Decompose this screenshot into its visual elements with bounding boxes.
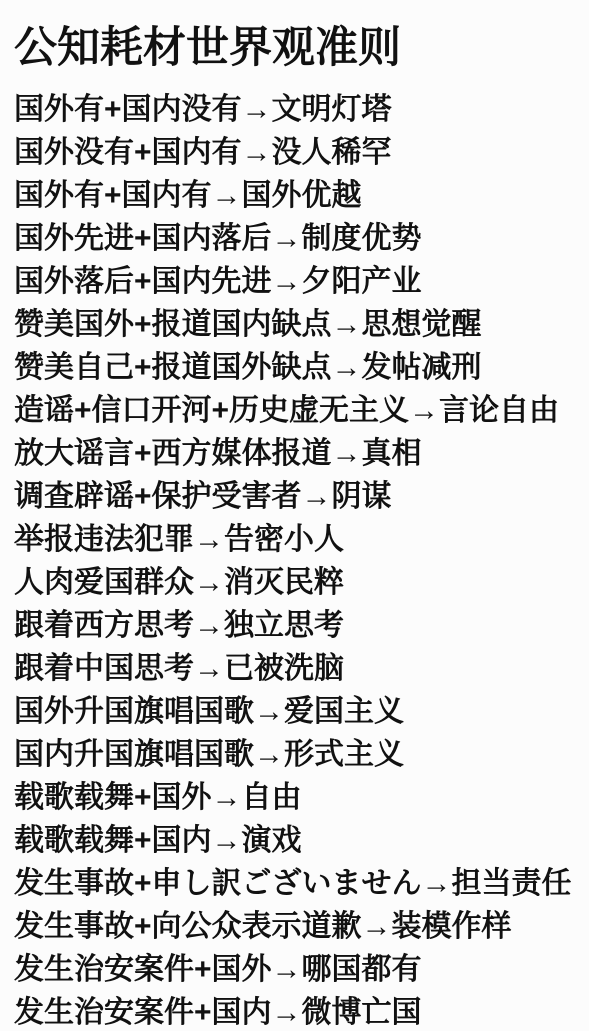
rule-line: 举报违法犯罪→告密小人 xyxy=(14,518,581,561)
rule-line: 国外有+国内有→国外优越 xyxy=(14,174,581,217)
rule-line: 赞美自己+报道国外缺点→发帖减刑 xyxy=(14,346,581,389)
rule-line: 载歌载舞+国内→演戏 xyxy=(14,819,581,862)
rule-line: 国外先进+国内落后→制度优势 xyxy=(14,217,581,260)
page: { "poster": { "title": "公知耗材世界观准则", "rul… xyxy=(0,0,589,1031)
poster: 公知耗材世界观准则 国外有+国内没有→文明灯塔国外没有+国内有→没人稀罕国外有+… xyxy=(0,0,589,1031)
rule-line: 国外落后+国内先进→夕阳产业 xyxy=(14,260,581,303)
rule-line: 发生治安案件+国内→微博亡国 xyxy=(14,991,581,1031)
page-title: 公知耗材世界观准则 xyxy=(14,22,581,74)
rule-line: 造谣+信口开河+历史虚无主义→言论自由 xyxy=(14,389,581,432)
rule-line: 放大谣言+西方媒体报道→真相 xyxy=(14,432,581,475)
rule-line: 跟着中国思考→已被洗脑 xyxy=(14,647,581,690)
rule-line: 国外有+国内没有→文明灯塔 xyxy=(14,88,581,131)
rule-line: 发生治安案件+国外→哪国都有 xyxy=(14,948,581,991)
rule-line: 人肉爱国群众→消灭民粹 xyxy=(14,561,581,604)
rule-line: 赞美国外+报道国内缺点→思想觉醒 xyxy=(14,303,581,346)
rule-line: 国外升国旗唱国歌→爱国主义 xyxy=(14,690,581,733)
rules-list: 国外有+国内没有→文明灯塔国外没有+国内有→没人稀罕国外有+国内有→国外优越国外… xyxy=(10,88,581,1031)
rule-line: 发生事故+向公众表示道歉→装模作样 xyxy=(14,905,581,948)
rule-line: 国外没有+国内有→没人稀罕 xyxy=(14,131,581,174)
rule-line: 跟着西方思考→独立思考 xyxy=(14,604,581,647)
rule-line: 国内升国旗唱国歌→形式主义 xyxy=(14,733,581,776)
rule-line: 调查辟谣+保护受害者→阴谋 xyxy=(14,475,581,518)
rule-line: 载歌载舞+国外→自由 xyxy=(14,776,581,819)
rule-line: 发生事故+申し訳ございません→担当责任 xyxy=(14,862,581,905)
